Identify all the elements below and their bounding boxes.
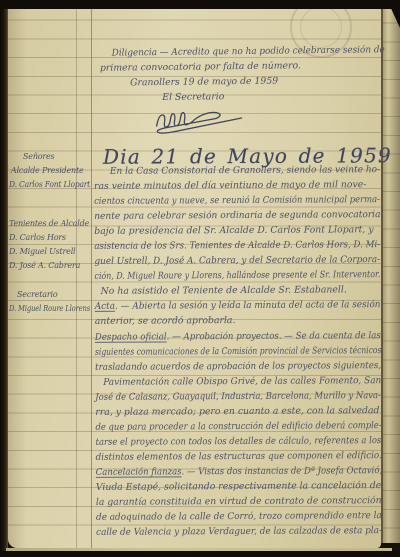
manuscript-line: de adoquinado de la calle de Corró, troz… <box>96 508 383 525</box>
session-minutes-body: En la Casa Consistorial de Granollers, s… <box>94 162 383 540</box>
manuscript-line: distintos elementos de las estructuras q… <box>96 448 383 465</box>
book-edge-top <box>0 0 400 9</box>
manuscript-line: cientos cincuenta y nueve, se reunió la … <box>94 192 381 209</box>
manuscript-line: Viuda Estapé, solicitando respectivament… <box>96 478 383 495</box>
manuscript-line: siguientes comunicaciones de la Comisión… <box>95 343 382 360</box>
manuscript-line: Despacho oficial. — Aprobación proyectos… <box>95 328 382 345</box>
manuscript-line: ras veinte minutos del día veintiuno de … <box>94 177 381 194</box>
manuscript-line: Pavimentación calle Obispo Grivé, de las… <box>95 373 382 390</box>
margin-note-line: D. Carlos Font Llopart <box>9 178 91 192</box>
manuscript-line: calle de Valencia y plaza Verdaguer, de … <box>96 523 383 540</box>
manuscript-line: En la Casa Consistorial de Granollers, s… <box>94 162 381 179</box>
manuscript-line: rra, y plaza mercado; pero en cuanto a e… <box>95 403 382 420</box>
scanned-minutes-page: Diligencia — Acredito que no ha podido c… <box>0 0 400 557</box>
book-spine <box>0 0 8 557</box>
margin-note-line: Señores <box>9 150 91 164</box>
manuscript-line: tarse el proyecto con todos los detalles… <box>96 433 383 450</box>
margin-note-line: D. Miguel Ustrell <box>9 245 91 259</box>
manuscript-line: No ha asistido el Teniente de Alcalde Sr… <box>95 282 382 299</box>
manuscript-line: nente para celebrar sesión ordinaria de … <box>94 207 381 224</box>
manuscript-line: trasladando acuerdos de aprobación de lo… <box>95 358 382 375</box>
margin-note-line: Secretario <box>9 288 91 302</box>
margin-note-line: Alcalde Presidente <box>9 164 91 178</box>
book-edge-bottom <box>0 551 400 557</box>
manuscript-line: Cancelación fianzas. — Vistas dos instan… <box>96 463 383 480</box>
manuscript-line: la garantía constituida en virtud de con… <box>96 493 383 510</box>
margin-note-line: D. José A. Cabrera <box>9 259 91 273</box>
attendees-margin-list: Señores Alcalde Presidente D. Carlos Fon… <box>9 150 91 316</box>
manuscript-line: ción, D. Miguel Roure y Llorens, hallánd… <box>94 267 381 284</box>
margin-note-line: D. Carlos Hors <box>9 231 91 245</box>
margin-rule <box>91 9 92 548</box>
manuscript-line: anterior, se acordó aprobarla. <box>95 313 382 330</box>
diligencia-note: Diligencia — Acredito que no ha podido c… <box>100 42 387 105</box>
manuscript-line: guel Ustrell, D. José A. Cabrera, y del … <box>94 252 381 269</box>
manuscript-line: José de Calasanz, Guayaquil, Industria, … <box>95 388 382 405</box>
secretary-rubric-signature <box>142 101 274 139</box>
manuscript-line: bajo la presidencia del Sr. Alcalde D. C… <box>94 222 381 239</box>
margin-note-line: Tenientes de Alcalde <box>9 217 91 231</box>
margin-note-line: D. Miguel Roure Llorens <box>9 302 91 316</box>
manuscript-line: de que para proceder a la construcción d… <box>95 418 382 435</box>
manuscript-line: asistencia de los Srs. Tenientes de Alca… <box>94 237 381 254</box>
signature-stroke <box>156 112 241 133</box>
manuscript-line: Acta. — Abierta la sesión y leída la min… <box>95 298 382 315</box>
